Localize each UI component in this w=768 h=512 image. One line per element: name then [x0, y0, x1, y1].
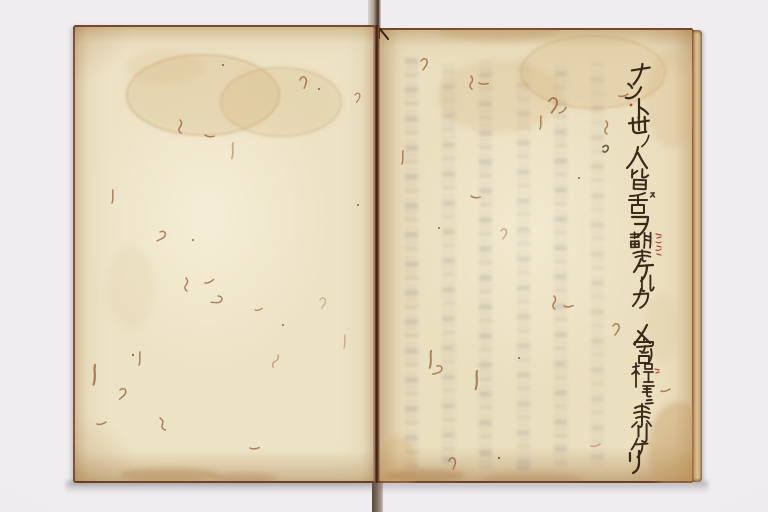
glyph-na: [631, 64, 650, 85]
glyph-yori: [635, 339, 653, 363]
glyph-se: [629, 117, 650, 134]
ink-show-through-column: [479, 60, 492, 468]
glyph-ri2: [630, 451, 639, 473]
book-spine-top: [368, 0, 381, 28]
glyph-hate: [379, 28, 388, 39]
glyph-ru: [642, 276, 654, 292]
glyph-nori: [632, 404, 651, 427]
ink-show-through-column: [517, 58, 530, 470]
manuscript-photograph: ナント世ノ人皆舌ヲ翻ケルカ果メ寄程モニ乗リケリ ヒルカヘシ: [0, 0, 768, 512]
right-page: ナント世ノ人皆舌ヲ翻ケルカ果メ寄程モニ乗リケリ ヒルカヘシ: [379, 28, 693, 483]
glyph-wo: [632, 217, 648, 237]
left-page: [73, 25, 374, 483]
page-stack-fore-edge: [692, 30, 702, 482]
glyph-to: [639, 99, 648, 118]
glyph-n: [626, 84, 641, 99]
glyph-ni: [646, 400, 653, 404]
red-furigana: [655, 234, 661, 373]
glyph-ri: [639, 424, 647, 442]
ink-show-through-column: [442, 64, 455, 466]
glyph-me: [634, 325, 650, 344]
glyph-hon: [630, 232, 651, 262]
glyph-no: [642, 135, 649, 146]
glyph-mina: [632, 169, 649, 190]
glyph-hito: [627, 147, 647, 168]
glyph-hodo: [632, 363, 654, 387]
glyph-furigana-su: [651, 193, 655, 197]
glyph-ka: [633, 289, 648, 308]
ink-show-through-column: [554, 64, 567, 468]
calligraphy-column: [379, 28, 693, 483]
center-gutter: [373, 25, 380, 483]
left-page-stains-and-marks: [73, 25, 374, 483]
glyph-ke: [634, 259, 653, 281]
ink-show-through-column: [405, 58, 418, 468]
glyph-mo: [643, 387, 652, 397]
glyph-shita: [629, 193, 647, 213]
ink-show-through-column: [591, 60, 604, 466]
red-dot: [630, 104, 633, 107]
glyph-ke2: [632, 439, 648, 458]
right-page-stains-and-marks: [379, 28, 693, 483]
